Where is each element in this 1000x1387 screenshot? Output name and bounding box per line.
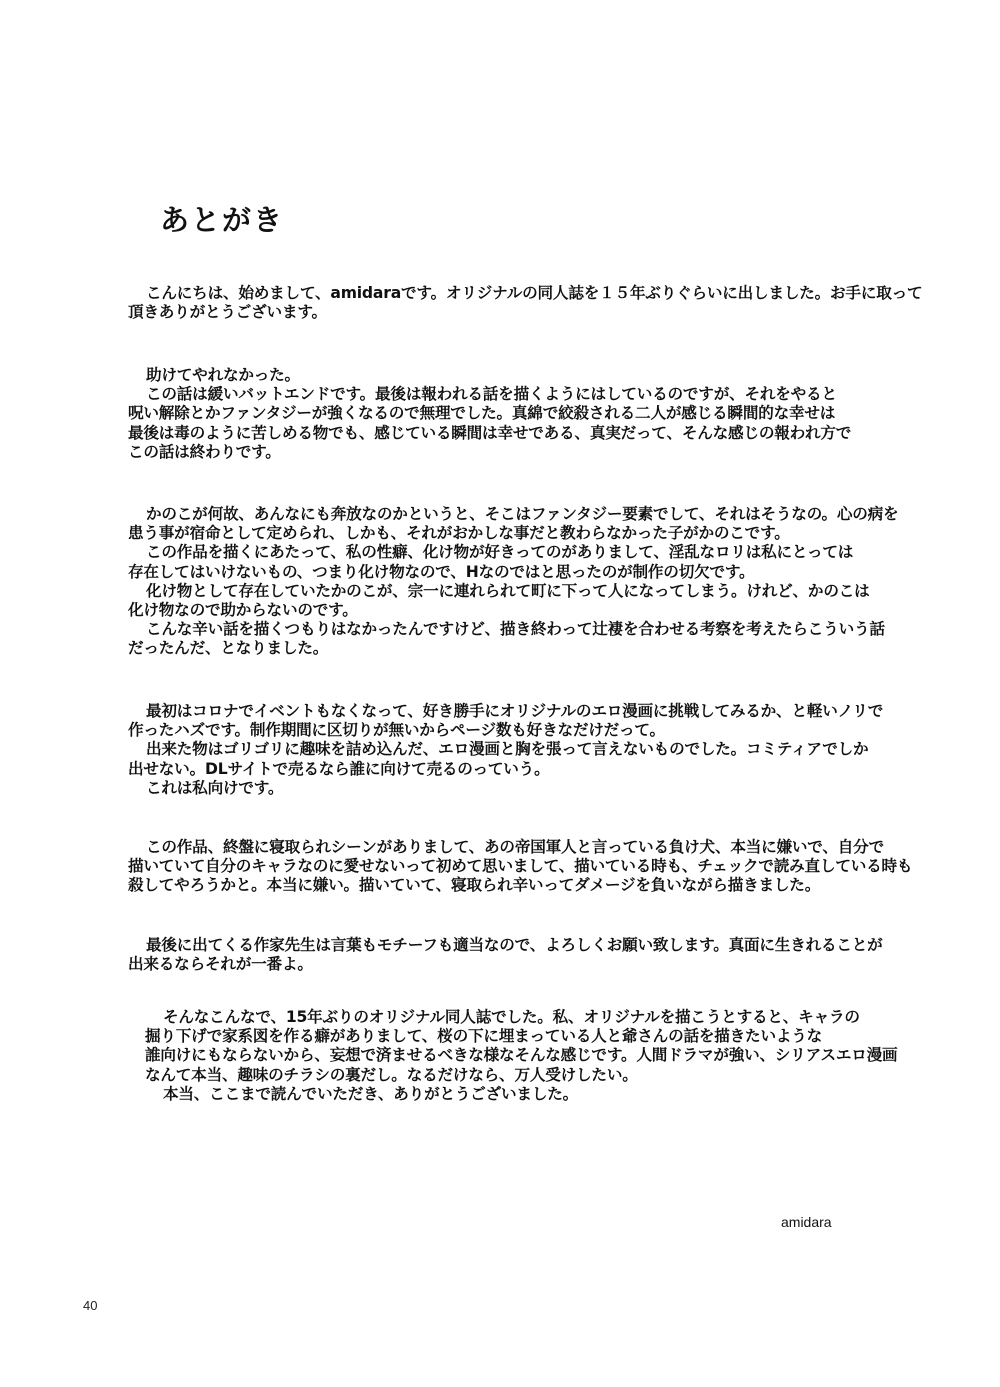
paragraph-kanoko: かのこが何故、あんなにも奔放なのかというと、そこはファンタジー要素でして、それは… [128, 505, 898, 659]
text-line: 本当、ここまで読んでいただき、ありがとうございました。 [145, 1085, 897, 1104]
text-line: 描いていて自分のキャラなのに愛せないって初めて思いまして、描いている時も、チェッ… [128, 857, 912, 876]
text-line: この作品を描くにあたって、私の性癖、化け物が好きってのがありまして、淫乱なロリは… [128, 543, 898, 562]
text-line: 出来るならそれが一番よ。 [128, 955, 883, 974]
paragraph-closing: そんなこんなで、15年ぶりのオリジナル同人誌でした。私、オリジナルを描こうとする… [145, 1008, 897, 1104]
text-line: 最後に出てくる作家先生は言葉もモチーフも適当なので、よろしくお願い致します。真面… [128, 936, 883, 955]
paragraph-ntr-scene: この作品、終盤に寝取られシーンがありまして、あの帝国軍人と言っている負け犬、本当… [128, 838, 912, 896]
text-line: 化け物なので助からないのです。 [128, 601, 898, 620]
text-line: 化け物として存在していたかのこが、宗一に連れられて町に下って人になってしまう。け… [128, 582, 898, 601]
paragraph-greeting: こんにちは、始めまして、amidaraです。オリジナルの同人誌を１５年ぶりぐらい… [128, 284, 922, 322]
text-line: 掘り下げで家系図を作る癖がありまして、桜の下に埋まっている人と爺さんの話を描きた… [145, 1027, 897, 1046]
text-line: 出せない。DLサイトで売るなら誰に向けて売るのっていう。 [128, 760, 883, 779]
text-line: なんて本当、趣味のチラシの裏だし。なるだけなら、万人受けしたい。 [145, 1066, 897, 1085]
page-number: 40 [83, 1298, 97, 1313]
text-line: 出来た物はゴリゴリに趣味を詰め込んだ、エロ漫画と胸を張って言えないものでした。コ… [128, 740, 883, 759]
paragraph-story-ending: 助けてやれなかった。この話は緩いバットエンドです。最後は報われる話を描くようには… [128, 366, 851, 462]
text-line: 最初はコロナでイベントもなくなって、好き勝手にオリジナルのエロ漫画に挑戦してみる… [128, 702, 883, 721]
text-line: そんなこんなで、15年ぶりのオリジナル同人誌でした。私、オリジナルを描こうとする… [145, 1008, 897, 1027]
text-line: 殺してやろうかと。本当に嫌い。描いていて、寝取られ辛いってダメージを負いながら描… [128, 876, 912, 895]
text-line: だったんだ、となりました。 [128, 639, 898, 658]
text-line: この話は緩いバットエンドです。最後は報われる話を描くようにはしているのですが、そ… [128, 385, 851, 404]
document-page: あとがき こんにちは、始めまして、amidaraです。オリジナルの同人誌を１５年… [0, 0, 1000, 1387]
text-line: 患う事が宿命として定められ、しかも、それがおかしな事だと教わらなかった子がかのこ… [128, 524, 898, 543]
paragraph-origin: 最初はコロナでイベントもなくなって、好き勝手にオリジナルのエロ漫画に挑戦してみる… [128, 702, 883, 798]
page-title: あとがき [160, 200, 284, 240]
text-line: 助けてやれなかった。 [128, 366, 851, 385]
text-line: これは私向けです。 [128, 779, 883, 798]
text-line: この作品、終盤に寝取られシーンがありまして、あの帝国軍人と言っている負け犬、本当… [128, 838, 912, 857]
text-line: 存在してはいけないもの、つまり化け物なので、Hなのではと思ったのが制作の切欠です… [128, 563, 898, 582]
text-line: 頂きありがとうございます。 [128, 303, 922, 322]
text-line: かのこが何故、あんなにも奔放なのかというと、そこはファンタジー要素でして、それは… [128, 505, 898, 524]
text-line: この話は終わりです。 [128, 443, 851, 462]
text-line: 作ったハズです。制作期間に区切りが無いからページ数も好きなだけだって。 [128, 721, 883, 740]
text-line: こんにちは、始めまして、amidaraです。オリジナルの同人誌を１５年ぶりぐらい… [128, 284, 922, 303]
paragraph-writer-sensei: 最後に出てくる作家先生は言葉もモチーフも適当なので、よろしくお願い致します。真面… [128, 936, 883, 974]
text-line: 誰向けにもならないから、妄想で済ませるべきな様なそんな感じです。人間ドラマが強い… [145, 1046, 897, 1065]
text-line: こんな辛い話を描くつもりはなかったんですけど、描き終わって辻褄を合わせる考察を考… [128, 620, 898, 639]
author-signature: amidara [781, 1214, 832, 1230]
text-line: 呪い解除とかファンタジーが強くなるので無理でした。真綿で絞殺される二人が感じる瞬… [128, 404, 851, 423]
text-line: 最後は毒のように苦しめる物でも、感じている瞬間は幸せである、真実だって、そんな感… [128, 424, 851, 443]
